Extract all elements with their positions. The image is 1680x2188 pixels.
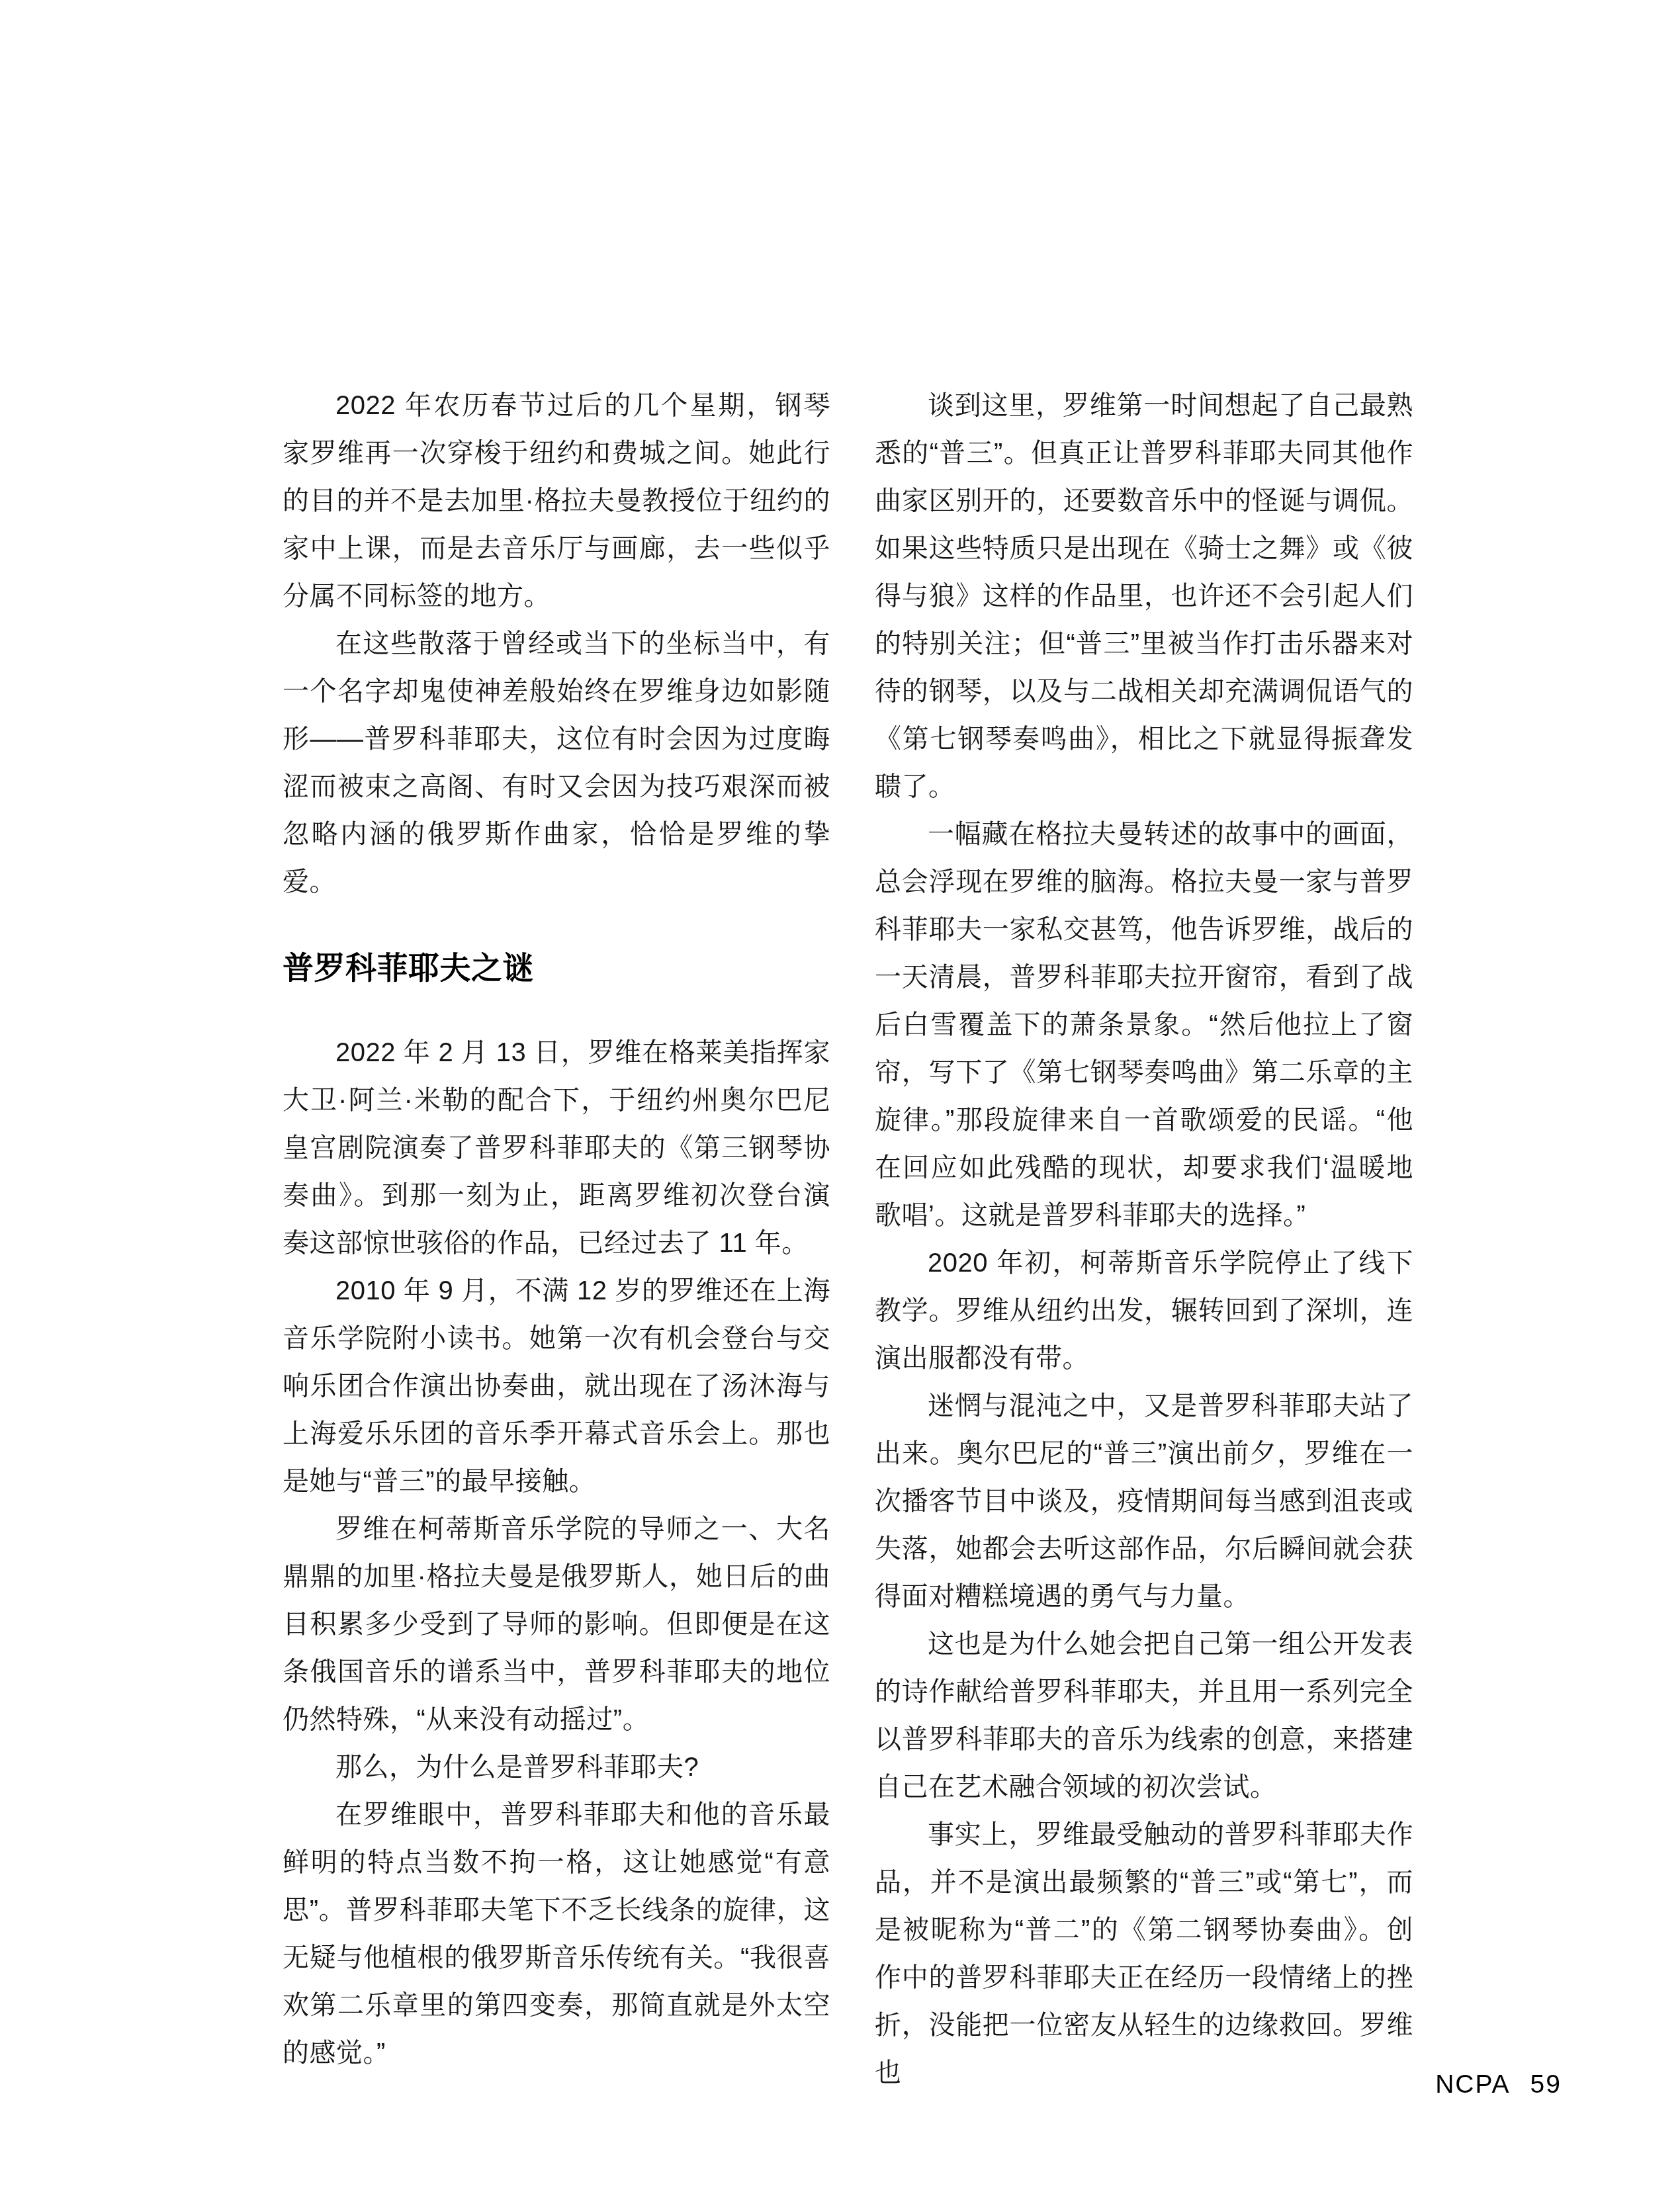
paragraph: 这也是为什么她会把自己第一组公开发表的诗作献给普罗科菲耶夫，并且用一系列完全以普… bbox=[875, 1620, 1413, 1811]
section-heading: 普罗科菲耶夫之谜 bbox=[283, 944, 830, 992]
paragraph: 谈到这里，罗维第一时间想起了自己最熟悉的“普三”。但真正让普罗科菲耶夫同其他作曲… bbox=[875, 382, 1413, 810]
paragraph: 事实上，罗维最受触动的普罗科菲耶夫作品，并不是演出最频繁的“普三”或“第七”，而… bbox=[875, 1811, 1413, 2097]
paragraph: 那么，为什么是普罗科菲耶夫? bbox=[283, 1743, 830, 1791]
page-footer: NCPA 59 bbox=[1435, 2070, 1562, 2100]
paragraph: 在这些散落于曾经或当下的坐标当中，有一个名字却鬼使神差般始终在罗维身边如影随形—… bbox=[283, 620, 830, 906]
paragraph: 在罗维眼中，普罗科菲耶夫和他的音乐最鲜明的特点当数不拘一格，这让她感觉“有意思”… bbox=[283, 1791, 830, 2077]
paragraph: 2020 年初，柯蒂斯音乐学院停止了线下教学。罗维从纽约出发，辗转回到了深圳，连… bbox=[875, 1239, 1413, 1382]
paragraph: 罗维在柯蒂斯音乐学院的导师之一、大名鼎鼎的加里·格拉夫曼是俄罗斯人，她日后的曲目… bbox=[283, 1505, 830, 1743]
article-body: 2022 年农历春节过后的几个星期，钢琴家罗维再一次穿梭于纽约和费城之间。她此行… bbox=[0, 0, 1680, 2188]
paragraph: 2022 年 2 月 13 日，罗维在格莱美指挥家大卫·阿兰·米勒的配合下，于纽… bbox=[283, 1029, 830, 1267]
page-number: 59 bbox=[1530, 2070, 1562, 2100]
left-column: 2022 年农历春节过后的几个星期，钢琴家罗维再一次穿梭于纽约和费城之间。她此行… bbox=[283, 382, 830, 2077]
paragraph: 迷惘与混沌之中，又是普罗科菲耶夫站了出来。奥尔巴尼的“普三”演出前夕，罗维在一次… bbox=[875, 1382, 1413, 1620]
paragraph: 2022 年农历春节过后的几个星期，钢琴家罗维再一次穿梭于纽约和费城之间。她此行… bbox=[283, 382, 830, 620]
right-column: 谈到这里，罗维第一时间想起了自己最熟悉的“普三”。但真正让普罗科菲耶夫同其他作曲… bbox=[875, 382, 1413, 2097]
journal-name: NCPA bbox=[1435, 2070, 1510, 2100]
paragraph: 一幅藏在格拉夫曼转述的故事中的画面，总会浮现在罗维的脑海。格拉夫曼一家与普罗科菲… bbox=[875, 810, 1413, 1239]
paragraph: 2010 年 9 月，不满 12 岁的罗维还在上海音乐学院附小读书。她第一次有机… bbox=[283, 1267, 830, 1505]
